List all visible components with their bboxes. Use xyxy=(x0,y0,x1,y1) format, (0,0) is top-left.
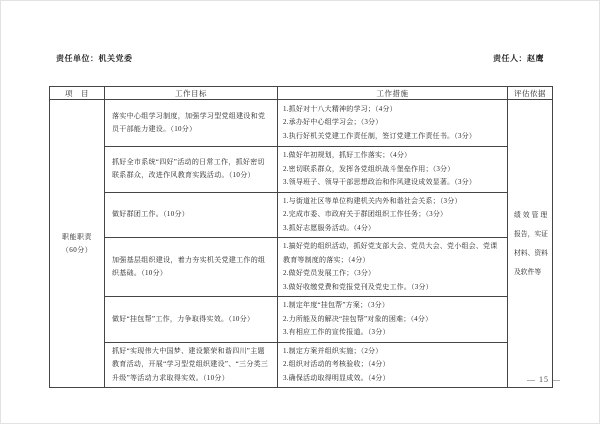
responsible-person: 责任人：赵鹰 xyxy=(493,53,544,64)
target-cell: 加强基层组织建设，着力夯实机关党建工作的组织基础。（10分） xyxy=(105,238,278,297)
evaluation-basis-line: 材料、资料 xyxy=(514,244,549,263)
evaluation-basis-cell: 绩效管理 报告，实证 材料、资料 及软件等 xyxy=(508,100,553,388)
item-line: （60分） xyxy=(50,244,104,257)
target-cell: 做好“挂包帮”工作，力争取得实效。（10分） xyxy=(105,297,278,343)
measures-cell: 1.做好年初规划，抓好工作落实；（4分） 2.密切联系群众，发挥各党组织战斗堡垒… xyxy=(278,147,508,193)
performance-table: 项 目 工作目标 工作措施 评估依据 职能职责 （60分） 落实中心组学习制度，… xyxy=(49,86,553,388)
target-cell: 做好群团工作。（10分） xyxy=(105,192,278,238)
evaluation-basis-line: 绩效管理 xyxy=(514,206,549,225)
responsible-unit: 责任单位：机关党委 xyxy=(56,53,133,64)
header-work-target: 工作目标 xyxy=(105,87,278,100)
target-cell: 落实中心组学习制度，加强学习型党组建设和党员干部能力建设。（10分） xyxy=(105,100,278,147)
measure-line: 3.确保活动取得明显成效。（4分） xyxy=(283,372,503,386)
measure-line: 3.有相应工作的宣传报道。（3分） xyxy=(283,326,503,340)
measure-line: 1.制定年度“挂包帮”方案；（3分） xyxy=(283,299,503,313)
measure-line: 1.与街道社区等单位构建机关内外和谐社会关系；（3分） xyxy=(283,195,503,209)
measure-line: 1.抓好对十八大精神的学习；（4分） xyxy=(283,103,503,117)
table-row: 抓好“实现伟大中国梦、建设繁荣和谐四川”主题教育活动，开展“学习型党组织建设”、… xyxy=(50,342,553,388)
measures-cell: 1.搞好党的组织活动，抓好党支部大会、党员大会、党小组会、党课教育等制度的落实；… xyxy=(278,238,508,297)
table-row: 加强基层组织建设，着力夯实机关党建工作的组织基础。（10分） 1.搞好党的组织活… xyxy=(50,238,553,297)
measure-line: 2.密切联系群众，发挥各党组织战斗堡垒作用；（3分） xyxy=(283,163,503,177)
measure-line: 2.力所能及的解决“挂包帮”对象的困难；（4分） xyxy=(283,313,503,327)
measure-line: 1.制定方案并组织实施；（2分） xyxy=(283,345,503,359)
item-cell: 职能职责 （60分） xyxy=(50,100,105,388)
header-work-measures: 工作措施 xyxy=(278,87,508,100)
measures-cell: 1.制定年度“挂包帮”方案；（3分） 2.力所能及的解决“挂包帮”对象的困难；（… xyxy=(278,297,508,343)
measure-line: 3.领导班子、领导干部思想政治和作风建设成效显著。（3分） xyxy=(283,176,503,190)
header-evaluation-basis: 评估依据 xyxy=(508,87,553,100)
measure-line: 1.搞好党的组织活动，抓好党支部大会、党员大会、党小组会、党课教育等制度的落实；… xyxy=(283,240,503,267)
performance-table-wrapper: 项 目 工作目标 工作措施 评估依据 职能职责 （60分） 落实中心组学习制度，… xyxy=(49,86,552,388)
evaluation-basis-line: 报告，实证 xyxy=(514,225,549,244)
measure-line: 1.做好年初规划，抓好工作落实；（4分） xyxy=(283,149,503,163)
measures-cell: 1.与街道社区等单位构建机关内外和谐社会关系；（3分） 2.完成市委、市政府关于… xyxy=(278,192,508,238)
measure-line: 3.执行好机关党建工作责任制，签订党建工作责任书。（3分） xyxy=(283,130,503,144)
evaluation-basis-line: 及软件等 xyxy=(514,263,549,282)
table-row: 抓好全市系统“四好”活动的日常工作，抓好密切联系群众，改进作风教育实践活动。（1… xyxy=(50,147,553,193)
measure-line: 2.承办好中心组学习会；（3分） xyxy=(283,116,503,130)
item-line: 职能职责 xyxy=(50,231,104,244)
page-number: — 15 — xyxy=(527,375,561,384)
document-page: 责任单位：机关党委 责任人：赵鹰 项 目 工作目标 工作措施 评估依据 职能职责… xyxy=(0,0,600,424)
measure-line: 2.做好党员发展工作；（3分） xyxy=(283,267,503,281)
measures-cell: 1.抓好对十八大精神的学习；（4分） 2.承办好中心组学习会；（3分） 3.执行… xyxy=(278,100,508,147)
header-item: 项 目 xyxy=(50,87,105,100)
measure-line: 2.组织对活动的考核验收；（4分） xyxy=(283,358,503,372)
measure-line: 2.完成市委、市政府关于群团组织工作任务；（3分） xyxy=(283,208,503,222)
measures-cell: 1.制定方案并组织实施；（2分） 2.组织对活动的考核验收；（4分） 3.确保活… xyxy=(278,342,508,388)
measure-line: 3.做好收缴党费和党报党刊及党史工作。（3分） xyxy=(283,281,503,295)
table-header-row: 项 目 工作目标 工作措施 评估依据 xyxy=(50,87,553,100)
table-row: 职能职责 （60分） 落实中心组学习制度，加强学习型党组建设和党员干部能力建设。… xyxy=(50,100,553,147)
target-cell: 抓好全市系统“四好”活动的日常工作，抓好密切联系群众，改进作风教育实践活动。（1… xyxy=(105,147,278,193)
measure-line: 3.抓好志愿服务活动。（4分） xyxy=(283,222,503,236)
table-row: 做好群团工作。（10分） 1.与街道社区等单位构建机关内外和谐社会关系；（3分）… xyxy=(50,192,553,238)
target-cell: 抓好“实现伟大中国梦、建设繁荣和谐四川”主题教育活动，开展“学习型党组织建设”、… xyxy=(105,342,278,388)
table-row: 做好“挂包帮”工作，力争取得实效。（10分） 1.制定年度“挂包帮”方案；（3分… xyxy=(50,297,553,343)
